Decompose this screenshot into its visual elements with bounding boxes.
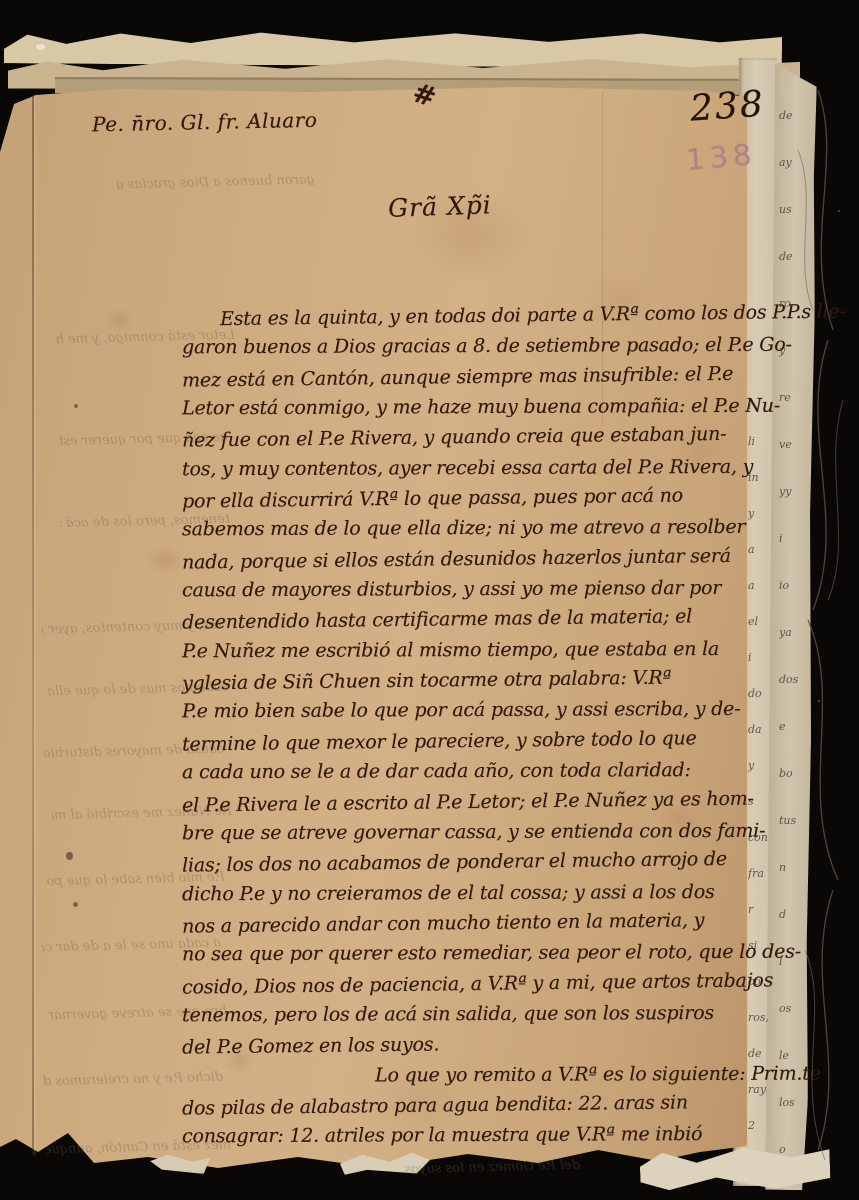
letter-line: mez está en Cantón, aunque siempre mas i… <box>182 358 760 395</box>
letter-line: dicho P.e y no creieramos de el tal coss… <box>182 876 760 909</box>
letter-line: lias; los dos no acabamos de ponderar el… <box>182 844 760 881</box>
letter-line: consagrar: 12. atriles por la muestra qu… <box>182 1119 760 1152</box>
letter-line: P.e Nuñez me escribió al mismo tiempo, q… <box>182 634 760 667</box>
letter-line: desentendido hasta certificarme mas de l… <box>182 601 760 638</box>
letter-line: tos, y muy contentos, ayer recebi essa c… <box>182 451 760 484</box>
ink-speck <box>73 902 78 907</box>
letter-body: Esta es la quinta, y en todas doi parte … <box>182 301 760 1151</box>
fold-crease <box>32 95 34 1155</box>
letter-line: a cada uno se le a de dar cada año, con … <box>182 755 760 788</box>
ink-speck <box>74 404 78 408</box>
manuscript-scan: i li in y a a el i do da y s con fra r s… <box>0 0 859 1200</box>
letter-line: ñez fue con el P.e Rivera, y quando crei… <box>182 419 760 456</box>
letter-line: garon buenos a Dios gracias a 8. de seti… <box>182 330 760 363</box>
letter-line: del P.e Gomez en los suyos. <box>182 1026 760 1063</box>
ghost-bleedthrough-text: del P.e Gomez en los suyos. <box>250 1158 580 1182</box>
salutation: Grã Xp̃i <box>388 190 493 223</box>
letter-line: P.e mio bien sabe lo que por acá passa, … <box>182 694 760 727</box>
letter-line: Lo que yo remito a V.Rª es lo siguiente:… <box>182 1058 760 1091</box>
letter-line: el P.e Rivera le a escrito al P.e Letor;… <box>182 783 760 820</box>
ink-blot <box>66 852 73 860</box>
archivist-header-note: Pe. n̄ro. Gl. fr. Aluaro <box>92 108 318 137</box>
letter-line: no sea que por querer esto remediar, sea… <box>182 937 760 970</box>
letter-line: termine lo que mexor le pareciere, y sob… <box>182 722 760 759</box>
paper-speck <box>36 44 45 50</box>
binding-fibers <box>735 0 859 1200</box>
letter-line: cosido, Dios nos de paciencia, a V.Rª y … <box>182 965 760 1002</box>
letter-line: nada, porque si ellos están desunidos ha… <box>182 540 760 577</box>
letter-line: sabemos mas de lo que ella dize; ni yo m… <box>182 512 760 545</box>
